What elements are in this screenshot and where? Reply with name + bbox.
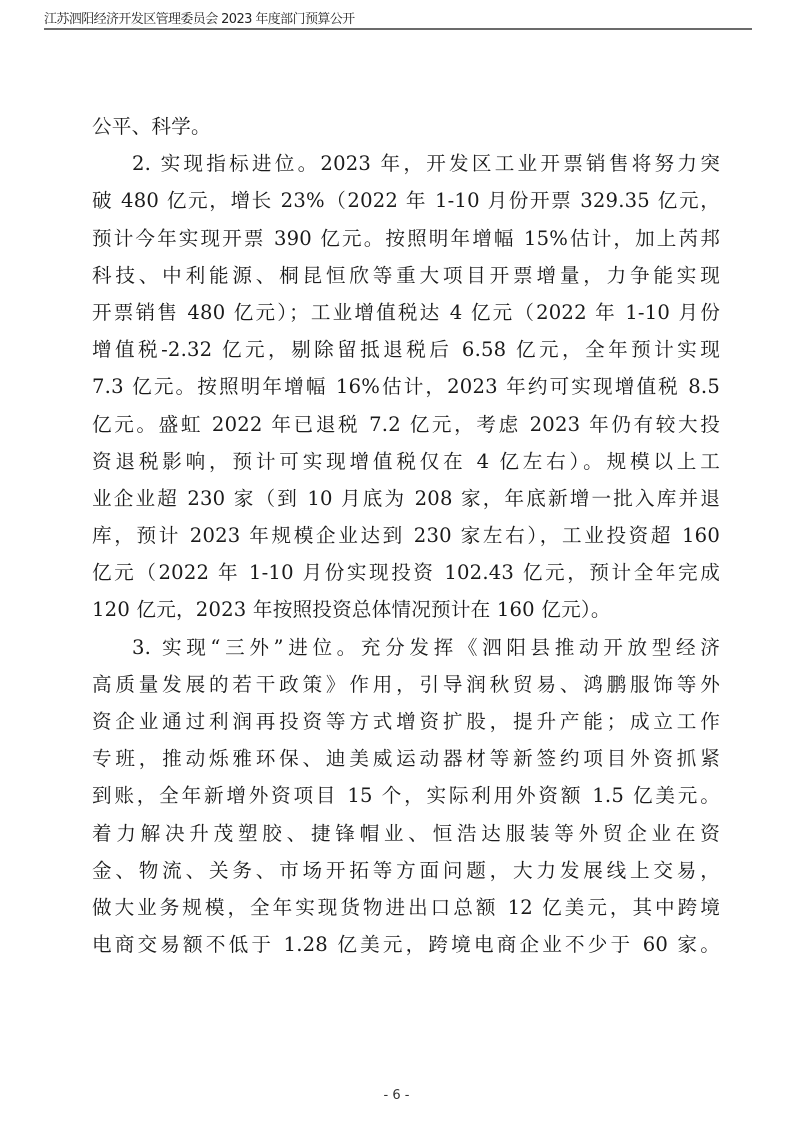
text-line: 专班，推动烁雅环保、迪美威运动器材等新签约项目外资抓紧 xyxy=(92,740,720,777)
text-line: 做大业务规模，全年实现货物进出口总额 12 亿美元，其中跨境 xyxy=(92,889,720,926)
text-line: 120 亿元，2023 年按照投资总体情况预计在 160 亿元）。 xyxy=(92,591,720,628)
text-line: 亿元（2022 年 1-10 月份实现投资 102.43 亿元，预计全年完成 xyxy=(92,554,720,591)
text-line: 公平、科学。 xyxy=(92,108,720,145)
text-line: 业企业超 230 家（到 10 月底为 208 家，年底新增一批入库并退 xyxy=(92,480,720,517)
text-line: 亿元。盛虹 2022 年已退税 7.2 亿元，考虑 2023 年仍有较大投 xyxy=(92,406,720,443)
text-line: 资退税影响，预计可实现增值税仅在 4 亿左右）。规模以上工 xyxy=(92,443,720,480)
page-number: - 6 - xyxy=(0,1088,793,1103)
text-line: 3. 实现“三外”进位。充分发挥《泗阳县推动开放型经济 xyxy=(92,629,720,666)
text-line: 科技、中利能源、桐昆恒欣等重大项目开票增量，力争能实现 xyxy=(92,257,720,294)
text-line: 库，预计 2023 年规模企业达到 230 家左右），工业投资超 160 xyxy=(92,517,720,554)
page-header: 江苏泗阳经济开发区管理委员会 2023 年度部门预算公开 xyxy=(44,6,752,30)
text-line: 着力解决升茂塑胶、捷锋帽业、恒浩达服装等外贸企业在资 xyxy=(92,815,720,852)
header-title: 江苏泗阳经济开发区管理委员会 2023 年度部门预算公开 xyxy=(44,8,355,27)
text-line: 高质量发展的若干政策》作用，引导润秋贸易、鸿鹏服饰等外 xyxy=(92,666,720,703)
document-body: 公平、科学。 2. 实现指标进位。2023 年，开发区工业开票销售将努力突 破 … xyxy=(92,108,720,963)
text-line: 电商交易额不低于 1.28 亿美元，跨境电商企业不少于 60 家。 xyxy=(92,926,720,963)
text-line: 7.3 亿元。按照明年增幅 16%估计，2023 年约可实现增值税 8.5 xyxy=(92,368,720,405)
text-line: 增值税-2.32 亿元，剔除留抵退税后 6.58 亿元，全年预计实现 xyxy=(92,331,720,368)
text-line: 开票销售 480 亿元）；工业增值税达 4 亿元（2022 年 1-10 月份 xyxy=(92,294,720,331)
text-line: 资企业通过利润再投资等方式增资扩股，提升产能；成立工作 xyxy=(92,703,720,740)
header-divider xyxy=(44,28,752,30)
text-line: 预计今年实现开票 390 亿元。按照明年增幅 15%估计，加上芮邦 xyxy=(92,220,720,257)
text-line: 2. 实现指标进位。2023 年，开发区工业开票销售将努力突 xyxy=(92,145,720,182)
text-line: 金、物流、关务、市场开拓等方面问题，大力发展线上交易， xyxy=(92,852,720,889)
text-line: 破 480 亿元，增长 23%（2022 年 1-10 月份开票 329.35 … xyxy=(92,182,720,219)
text-line: 到账，全年新增外资项目 15 个，实际利用外资额 1.5 亿美元。 xyxy=(92,777,720,814)
